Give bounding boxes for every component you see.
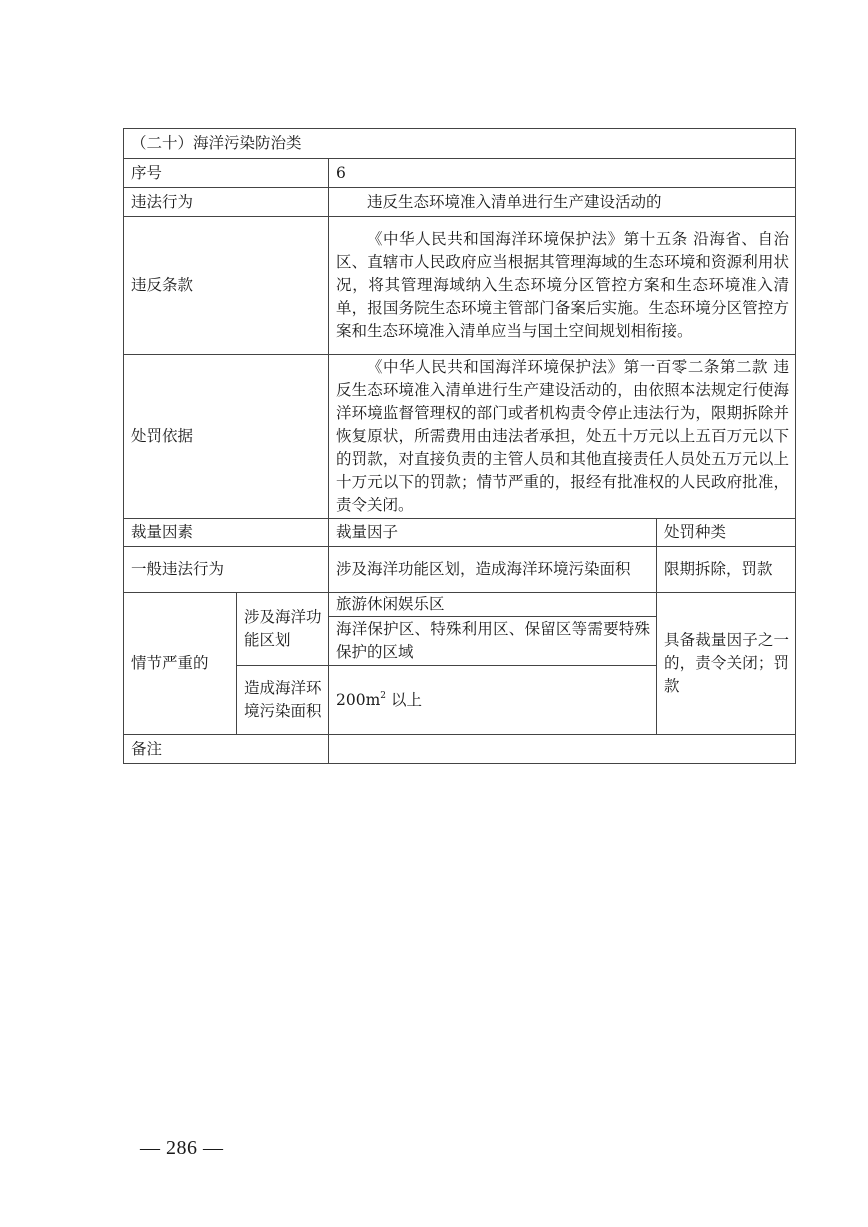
page-number: — 286 — [140, 1137, 224, 1160]
remarks-row: 备注 [124, 735, 796, 764]
pollution-area-number: 200m [336, 691, 380, 709]
remarks-label: 备注 [124, 735, 329, 764]
factor-element-header: 裁量因素 [124, 519, 329, 547]
pollution-area-label: 造成海洋环境污染面积 [237, 666, 329, 735]
discretion-header-row: 裁量因素 裁量因子 处罚种类 [124, 519, 796, 547]
violation-row: 违法行为 违反生态环境准入清单进行生产建设活动的 [124, 188, 796, 217]
violated-clause-row: 违反条款 《中华人民共和国海洋环境保护法》第十五条 沿海省、自治区、直辖市人民政… [124, 217, 796, 355]
penalty-basis-row: 处罚依据 《中华人民共和国海洋环境保护法》第一百零二条第二款 违反生态环境准入清… [124, 355, 796, 519]
serious-label: 情节严重的 [124, 593, 237, 735]
serial-label: 序号 [124, 159, 329, 188]
penalty-discretion-table: （二十）海洋污染防治类 序号 6 违法行为 违反生态环境准入清单进行生产建设活动… [123, 128, 796, 764]
document-page: （二十）海洋污染防治类 序号 6 违法行为 违反生态环境准入清单进行生产建设活动… [0, 0, 868, 1227]
general-violation-penalty: 限期拆除，罚款 [657, 547, 796, 593]
serial-row: 序号 6 [124, 159, 796, 188]
serious-row-1: 情节严重的 涉及海洋功能区划 旅游休闲娱乐区 具备裁量因子之一的，责令关闭；罚款 [124, 593, 796, 617]
violated-clause-text: 《中华人民共和国海洋环境保护法》第十五条 沿海省、自治区、直辖市人民政府应当根据… [329, 217, 796, 355]
zone-item-protected: 海洋保护区、特殊利用区、保留区等需要特殊保护的区域 [329, 617, 657, 666]
category-title: （二十）海洋污染防治类 [124, 129, 796, 159]
remarks-value [329, 735, 796, 764]
penalty-basis-text: 《中华人民共和国海洋环境保护法》第一百零二条第二款 违反生态环境准入清单进行生产… [329, 355, 796, 519]
violated-clause-label: 违反条款 [124, 217, 329, 355]
violation-label: 违法行为 [124, 188, 329, 217]
serial-value: 6 [329, 159, 796, 188]
factor-header: 裁量因子 [329, 519, 657, 547]
general-violation-factor: 涉及海洋功能区划，造成海洋环境污染面积 [329, 547, 657, 593]
functional-zone-label: 涉及海洋功能区划 [237, 593, 329, 666]
penalty-type-header: 处罚种类 [657, 519, 796, 547]
serious-penalty: 具备裁量因子之一的，责令关闭；罚款 [657, 593, 796, 735]
general-violation-label: 一般违法行为 [124, 547, 329, 593]
pollution-area-suffix: 以上 [386, 691, 422, 709]
pollution-area-value: 200m2 以上 [329, 666, 657, 735]
general-violation-row: 一般违法行为 涉及海洋功能区划，造成海洋环境污染面积 限期拆除，罚款 [124, 547, 796, 593]
violation-value: 违反生态环境准入清单进行生产建设活动的 [329, 188, 796, 217]
zone-item-tourism: 旅游休闲娱乐区 [329, 593, 657, 617]
category-row: （二十）海洋污染防治类 [124, 129, 796, 159]
penalty-basis-label: 处罚依据 [124, 355, 329, 519]
